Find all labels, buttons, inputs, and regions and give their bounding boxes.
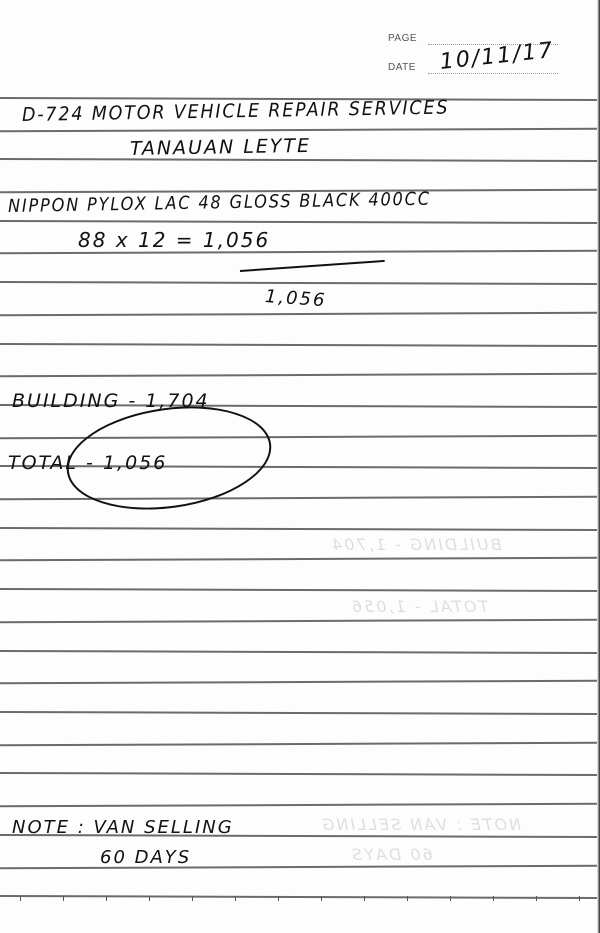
tick-mark <box>364 896 365 901</box>
ruled-line <box>0 895 600 899</box>
ruled-line <box>0 619 600 624</box>
tick-mark <box>235 896 236 901</box>
tick-mark <box>149 896 150 901</box>
arrow-underline <box>240 260 385 272</box>
ruled-line <box>0 650 600 654</box>
ruled-line <box>0 772 600 776</box>
tick-mark <box>106 896 107 901</box>
ruled-line <box>0 803 600 808</box>
ruled-line <box>0 343 600 347</box>
customer-name: D-724 MOTOR VEHICLE REPAIR SERVICES <box>22 97 450 126</box>
ruled-line <box>0 680 600 685</box>
tick-mark <box>63 896 64 901</box>
tick-mark <box>450 896 451 901</box>
ruled-line <box>0 711 600 715</box>
ruled-line <box>0 557 600 562</box>
tick-mark <box>192 896 193 901</box>
tick-mark <box>579 896 580 901</box>
tick-mark <box>493 896 494 901</box>
note-line-1: NOTE : VAN SELLING <box>12 817 234 838</box>
ruled-line <box>0 742 600 747</box>
tick-mark <box>407 896 408 901</box>
bleed-text: BUILDING - 1,704 <box>330 535 501 554</box>
bleed-text: TOTAL - 1,056 <box>350 597 488 616</box>
tick-mark <box>536 896 537 901</box>
ruled-line <box>0 373 600 378</box>
notebook-page: PAGE DATE 10/11/17 BUILDING - 1,704 TOTA… <box>0 0 600 933</box>
total-circle <box>60 394 278 522</box>
ruled-line <box>0 527 600 531</box>
ruled-line <box>0 588 600 592</box>
note-line-2: 60 DAYS <box>100 847 191 868</box>
ruled-line <box>0 281 600 285</box>
bleed-text: 60 DAYS <box>350 845 433 864</box>
ruled-line <box>0 312 600 317</box>
tick-mark <box>321 896 322 901</box>
date-label: DATE <box>388 62 416 73</box>
ruled-line <box>0 865 600 870</box>
ruled-line <box>0 220 600 224</box>
tick-mark <box>20 896 21 901</box>
ruled-line <box>0 158 600 162</box>
customer-location: TANAUAN LEYTE <box>130 135 311 160</box>
tick-mark <box>278 896 279 901</box>
subtotal-value: 1,056 <box>264 286 327 311</box>
ruled-line <box>0 128 600 133</box>
quantity-calculation: 88 x 12 = 1,056 <box>78 228 270 252</box>
bleed-text: NOTE : VAN SELLING <box>320 815 521 834</box>
page-label: PAGE <box>388 33 417 44</box>
